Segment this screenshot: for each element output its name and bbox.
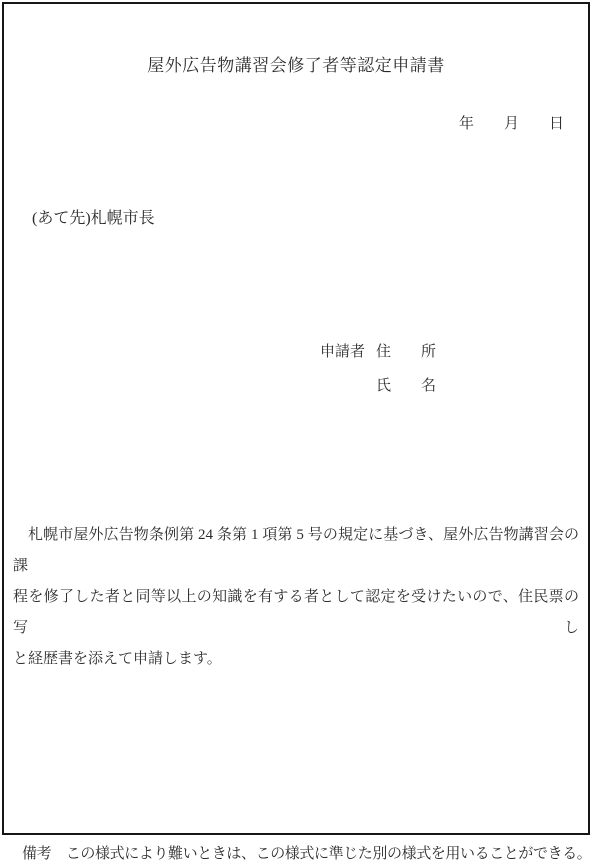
body-line-2: 程を修了した者と同等以上の知識を有する者として認定を受けたいので、住民票の写し	[13, 582, 579, 644]
applicant-block: 申請者 住 所 氏 名	[320, 335, 436, 403]
applicant-label: 申請者	[320, 335, 365, 369]
body-paragraph: 札幌市屋外広告物条例第 24 条第 1 項第 5 号の規定に基づき、屋外広告物講…	[13, 520, 579, 675]
body-line-3: と経歴書を添えて申請します。	[13, 644, 579, 675]
body-line-1: 札幌市屋外広告物条例第 24 条第 1 項第 5 号の規定に基づき、屋外広告物講…	[13, 520, 579, 582]
applicant-name-label: 氏 名	[376, 369, 436, 403]
addressee-line: (あて先)札幌市長	[32, 205, 155, 228]
application-form-page: 屋外広告物講習会修了者等認定申請書 年 月 日 (あて先)札幌市長 申請者 住 …	[0, 0, 592, 864]
applicant-fields: 住 所 氏 名	[376, 335, 436, 403]
applicant-address-label: 住 所	[376, 335, 436, 369]
form-title: 屋外広告物講習会修了者等認定申請書	[0, 51, 592, 76]
date-line: 年 月 日	[459, 112, 564, 133]
remarks-note: 備考 この様式により難いときは、この様式に準じた別の様式を用いることができる。	[22, 842, 590, 863]
